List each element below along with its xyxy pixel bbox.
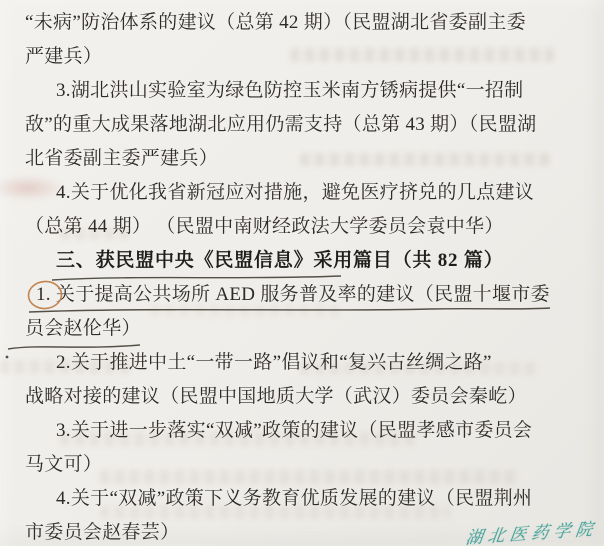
text-line: 严建兵） — [25, 40, 595, 74]
text-line: 2.关于推进中土“一带一路”倡议和“复兴古丝绸之路” — [25, 346, 595, 380]
document-content: “未病”防治体系的建议（总第 42 期）（民盟湖北省委副主委严建兵）3.湖北洪山… — [25, 6, 595, 546]
text-line: 员会赵伦华） — [25, 312, 595, 346]
text-line: 北省委副主委严建兵） — [25, 142, 595, 176]
text-line: 马文可） — [25, 448, 595, 482]
text-line: 敌”的重大成果落地湖北应用仍需支持（总第 43 期）（民盟湖 — [25, 108, 595, 142]
text-line: （总第 44 期） （民盟中南财经政法大学委员会袁中华） — [25, 210, 595, 244]
text-line: 1. 关于提高公共场所 AED 服务普及率的建议（民盟十堰市委 — [25, 278, 595, 312]
text-line: “未病”防治体系的建议（总第 42 期）（民盟湖北省委副主委 — [25, 6, 595, 40]
text-line: 战略对接的建议（民盟中国地质大学（武汉）委员会秦屹） — [25, 380, 595, 414]
text-line: 3.湖北洪山实验室为绿色防控玉米南方锈病提供“一招制 — [25, 74, 595, 108]
text-line: 4.关于“双减”政策下义务教育优质发展的建议（民盟荆州 — [25, 482, 595, 516]
text-line: 4.关于优化我省新冠应对措施，避免医疗挤兑的几点建议 — [25, 176, 595, 210]
pen-dot — [6, 356, 9, 359]
document-page: “未病”防治体系的建议（总第 42 期）（民盟湖北省委副主委严建兵）3.湖北洪山… — [0, 0, 604, 546]
text-line: 3.关于进一步落实“双减”政策的建议（民盟孝感市委员会 — [25, 414, 595, 448]
section-heading: 三、获民盟中央《民盟信息》采用篇目（共 82 篇） — [25, 244, 595, 278]
